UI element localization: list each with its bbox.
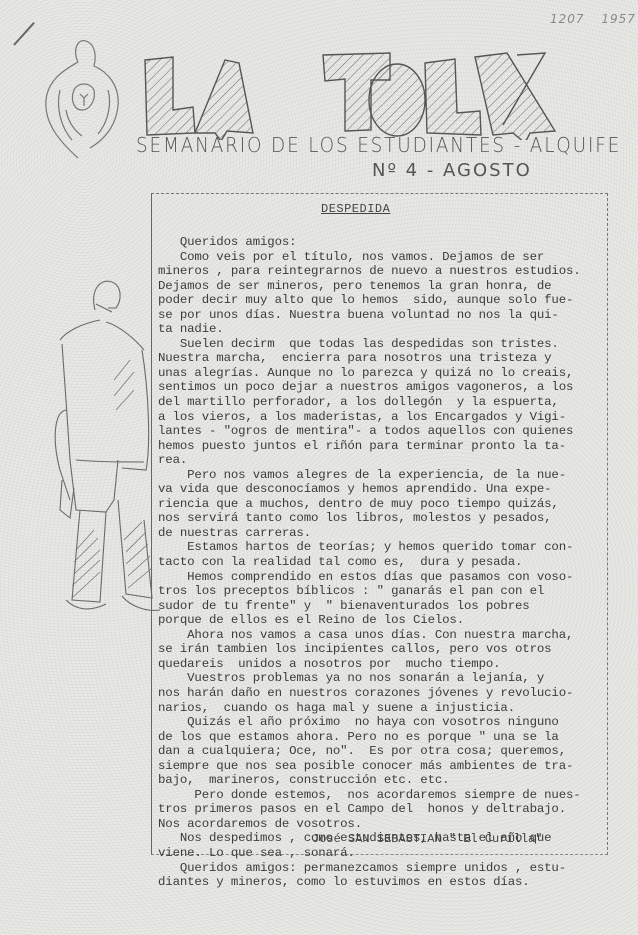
article-line: viene. Lo que sea , sonará. (158, 846, 613, 861)
article-line: quedareis unidos a nosotros por mucho ti… (158, 657, 613, 672)
article-line: del martillo perforador, a los dollegón … (158, 395, 613, 410)
article-line: Nos acordaremos de vosotros. (158, 817, 613, 832)
article-line: tros primeros pasos en el Campo del hono… (158, 802, 613, 817)
issue-number: Nº 4 - AGOSTO (372, 160, 532, 181)
article-line: Pero donde estemos, nos acordaremos siem… (158, 788, 613, 803)
miner-illustration (10, 200, 160, 640)
article-line: porque de ellos es el Reino de los Cielo… (158, 613, 613, 628)
article-line: va vida que desconocíamos y hemos aprend… (158, 482, 613, 497)
article-line: narios, cuando os haga mal y suene a inj… (158, 701, 613, 716)
article-line: unas alegrías. Aunque no lo parezca y qu… (158, 366, 613, 381)
article-line: se por unos días. Nuestra buena voluntad… (158, 308, 613, 323)
article-line: de los que estamos ahora. Pero no es por… (158, 730, 613, 745)
article-line: Queridos amigos: permanezcamos siempre u… (158, 861, 613, 876)
article-title: DESPEDIDA (321, 202, 390, 216)
article-line: hemos puesto juntos el riñón para termin… (158, 439, 613, 454)
article-line: lantes - "ogros de mentira"- a todos aqu… (158, 424, 613, 439)
article-line: sentimos un poco dejar a nuestros amigos… (158, 380, 613, 395)
article-line: siempre que nos sea posible conocer más … (158, 759, 613, 774)
article-line: Hemos comprendido en estos días que pasa… (158, 570, 613, 585)
article-box: DESPEDIDA Queridos amigos: Como veis por… (151, 193, 608, 855)
archive-note: 1207 1957 (550, 12, 636, 26)
article-line: sudor de tu frente" y " bienaventurados … (158, 599, 613, 614)
article-line: dan a cualquiera; Oce, no". Es por otra … (158, 744, 613, 759)
article-line: nos harán daño en nuestros corazones jóv… (158, 686, 613, 701)
article-line: Queridos amigos: (158, 235, 613, 250)
article-line: nos servirá tanto como los libros, moles… (158, 511, 613, 526)
article-line: tacto con la realidad tal como es, dura … (158, 555, 613, 570)
article-body: Queridos amigos: Como veis por el título… (158, 235, 613, 890)
article-signature: José SAN SEBASTIAN " El Curilla" (312, 832, 542, 846)
article-line: de nuestras carreras. (158, 526, 613, 541)
article-line: bajo, marineros, construcción etc. etc. (158, 773, 613, 788)
article-line: Dejamos de ser mineros, pero tenemos la … (158, 279, 613, 294)
masthead-title (135, 45, 565, 140)
logo-icon (38, 30, 128, 170)
article-line: rea. (158, 453, 613, 468)
masthead-subtitle: SEMANARIO DE LOS ESTUDIANTES - ALQUIFE (136, 133, 621, 157)
article-line: tros los preceptos bíblicos : " ganarás … (158, 584, 613, 599)
article-line: Nuestra marcha, encierra para nosotros u… (158, 351, 613, 366)
article-line: a los vieros, a los maderistas, a los En… (158, 410, 613, 425)
article-line: Ahora nos vamos a casa unos días. Con nu… (158, 628, 613, 643)
article-line: Quizás el año próximo no haya con vosotr… (158, 715, 613, 730)
article-line: riencia que a muchos, dentro de muy poco… (158, 497, 613, 512)
article-line: Como veis por el título, nos vamos. Deja… (158, 250, 613, 265)
article-line: Vuestros problemas ya no nos sonarán a l… (158, 671, 613, 686)
article-line: Pero nos vamos alegres de la experiencia… (158, 468, 613, 483)
article-line: diantes y mineros, como lo estuvimos en … (158, 875, 613, 890)
article-line: Suelen decirm que todas las despedidas s… (158, 337, 613, 352)
article-line: poder decir muy alto que lo hemos sido, … (158, 293, 613, 308)
article-line: mineros , para reintegrarnos de nuevo a … (158, 264, 613, 279)
article-line: se irán tambien los incipientes callos, … (158, 642, 613, 657)
article-line: ta nadie. (158, 322, 613, 337)
article-line: Estamos hartos de teorías; y hemos queri… (158, 540, 613, 555)
